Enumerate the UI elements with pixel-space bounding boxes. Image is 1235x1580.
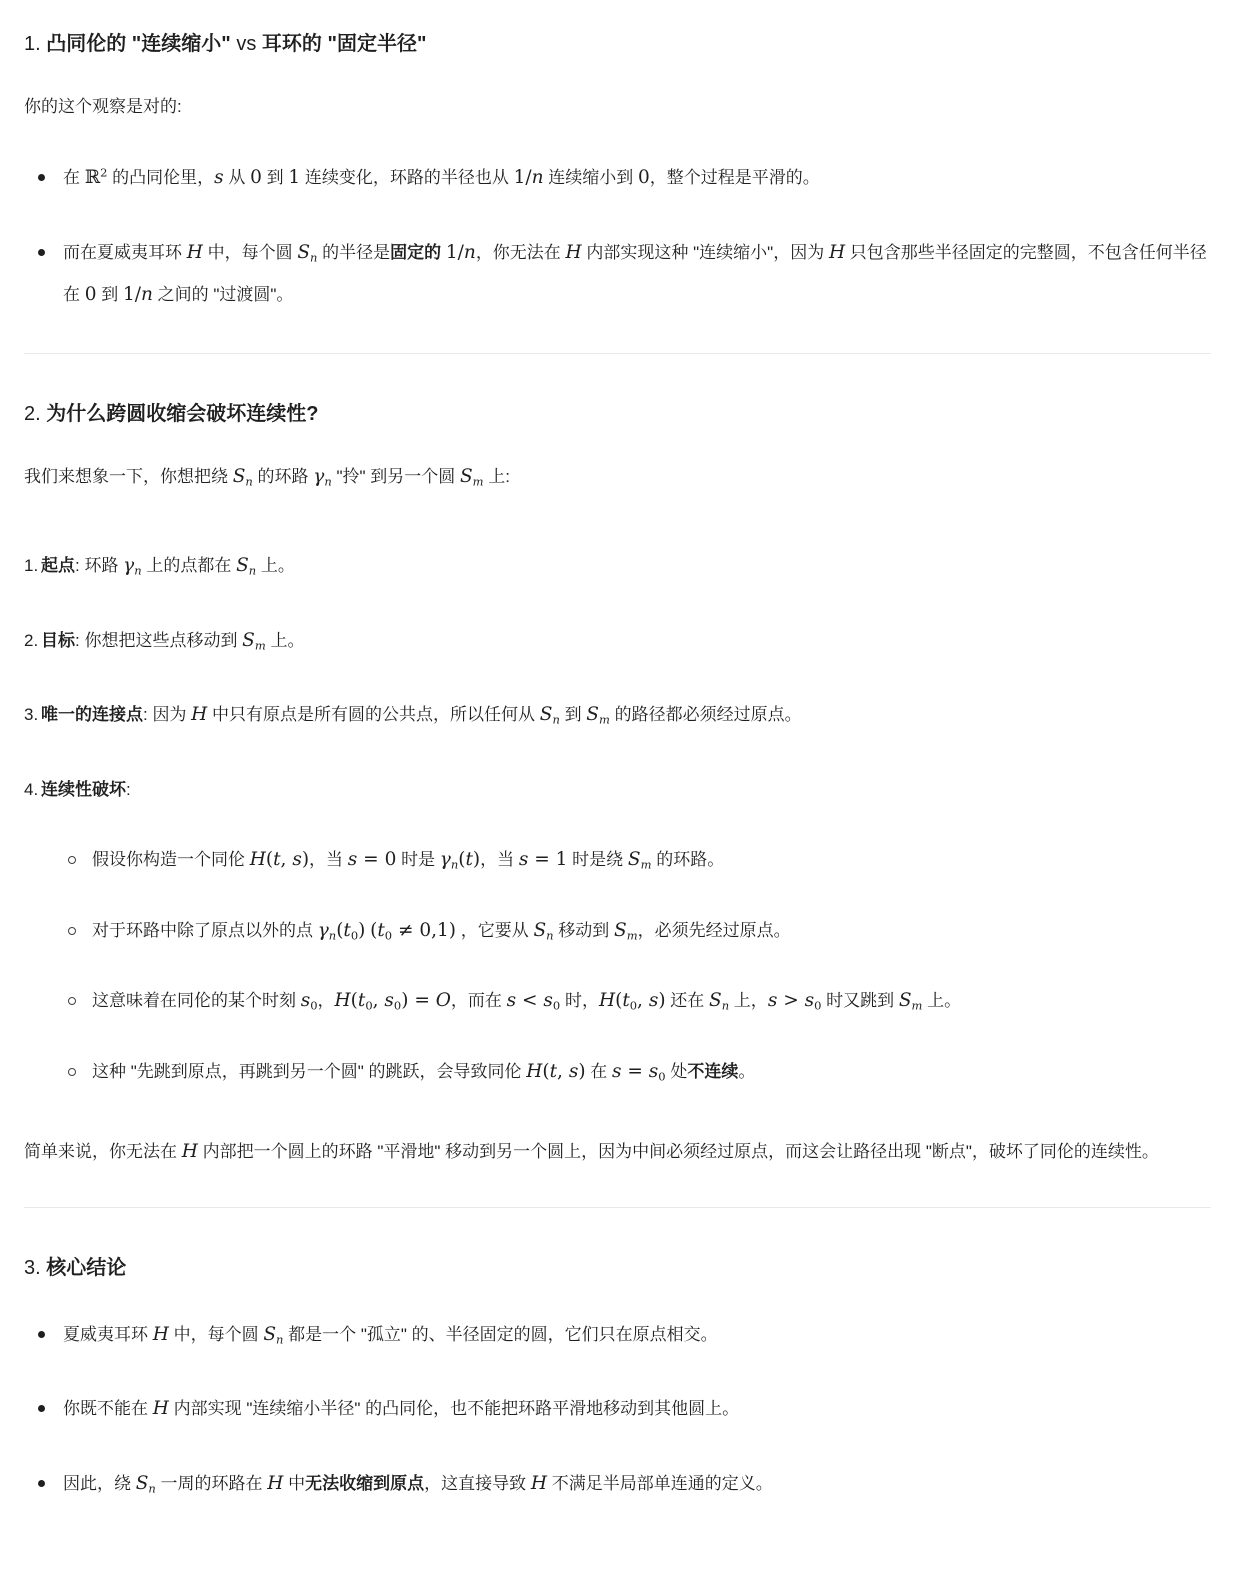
text-run: 还在 (666, 991, 709, 1010)
math-script: 0 (365, 999, 372, 1013)
math-inline: Sm (899, 990, 923, 1011)
section-heading: 3. 核心结论 (24, 1254, 1211, 1282)
section-heading: 2. 为什么跨圆收缩会破坏连续性? (24, 400, 1211, 428)
math-char: S (540, 704, 553, 725)
math-script: m (627, 928, 638, 942)
math-script: 0 (658, 1069, 665, 1083)
math-char: = (627, 1061, 643, 1082)
math-char: > (783, 990, 799, 1011)
text-run: 上。 (256, 556, 295, 575)
math-script: m (255, 638, 266, 652)
math-char: S (242, 630, 255, 651)
math-script: n (324, 474, 331, 488)
math-char: 0 (385, 849, 397, 870)
math-char: S (297, 242, 310, 263)
math-script: n (546, 928, 553, 942)
text-run: 不满足半局部单连通的定义。 (547, 1474, 773, 1493)
math-char: H (599, 990, 615, 1011)
math-inline: H(t0, s0) = O (335, 990, 451, 1011)
bullet-dot-icon (38, 1331, 45, 1338)
math-char: H (526, 1061, 542, 1082)
math-char: O (436, 990, 451, 1011)
math-inline: H (153, 1398, 169, 1419)
math-char: 1 (288, 167, 300, 188)
text-run: 到 (97, 285, 123, 304)
numbered-list: 1.起点: 环路 γn 上的点都在 Sn 上。2.目标: 你想把这些点移动到 S… (24, 545, 1211, 1093)
bullet-list: 在 ℝ2 的凸同伦里，s 从 0 到 1 连续变化，环路的半径也从 1/n 连续… (24, 157, 1211, 317)
math-inline: s (214, 167, 224, 188)
math-char: s (649, 990, 659, 1011)
math-char: 0 (638, 167, 650, 188)
text-run: 上。 (266, 631, 305, 650)
circle-bullet-icon (68, 997, 76, 1005)
math-char: t (622, 990, 629, 1011)
math-char: ( (351, 990, 358, 1011)
math-char: s (569, 1061, 579, 1082)
bullet-dot-icon (38, 1480, 45, 1487)
text-run: 中 (283, 1474, 305, 1493)
text-run: 夏威夷耳环 (63, 1325, 153, 1344)
math-char: t (377, 920, 384, 941)
math-inline: Sn (136, 1473, 156, 1494)
numbered-list-item: 2.目标: 你想把这些点移动到 Sm 上。 (24, 620, 1211, 663)
math-inline: s = s0 (612, 1061, 666, 1082)
math-char: < (522, 990, 538, 1011)
math-char: S (709, 990, 722, 1011)
math-char: ) (302, 849, 309, 870)
math-inline: H(t, s) (250, 849, 309, 870)
math-char: s (543, 990, 553, 1011)
text-run: 从 (224, 168, 250, 187)
list-number: 3. (24, 694, 38, 737)
text-run: 移动到 (554, 921, 614, 940)
text-run: ，当 (309, 850, 348, 869)
math-char: H (250, 849, 266, 870)
math-inline: Sn (533, 920, 553, 941)
math-char: = (363, 849, 379, 870)
math-inline: γn (313, 466, 331, 487)
math-inline: H (267, 1473, 283, 1494)
text-run: 因此，绕 (63, 1474, 136, 1493)
math-char: s (805, 990, 815, 1011)
math-char: s (649, 1061, 659, 1082)
text-run: 上的点都在 (142, 556, 236, 575)
math-char: ) (449, 920, 456, 941)
numbered-list-item: 1.起点: 环路 γn 上的点都在 Sn 上。 (24, 545, 1211, 588)
math-inline: H(t0, s) (599, 990, 666, 1011)
text-run: 的凸同伦里， (107, 168, 214, 187)
text-run: "拎" 到另一个圆 (332, 467, 460, 486)
text-run: ，你无法在 (476, 243, 566, 262)
text-run: 中只有原点是所有圆的公共点，所以任何从 (207, 705, 539, 724)
numbered-list-item: 4.连续性破坏:假设你构造一个同伦 H(t, s)，当 s = 0 时是 γn(… (24, 769, 1211, 1094)
math-char: s (612, 1061, 622, 1082)
math-char: t (343, 920, 350, 941)
circle-bullet-icon (68, 856, 76, 864)
sub-list-item: 这意味着在同伦的某个时刻 s0，H(t0, s0) = O，而在 s < s0 … (41, 980, 1211, 1023)
circle-bullet-icon (68, 1068, 76, 1076)
text-run: ，而在 (451, 991, 507, 1010)
math-char: γ (440, 849, 451, 870)
math-inline: (t0 ≠ 0,1) (370, 920, 456, 941)
math-inline: 0 (638, 167, 650, 188)
math-inline: s < s0 (507, 990, 561, 1011)
math-char: S (533, 920, 546, 941)
math-char: S (136, 1473, 149, 1494)
list-item: 夏威夷耳环 H 中，每个圆 Sn 都是一个 "孤立" 的、半径固定的圆，它们只在… (24, 1314, 1211, 1357)
text-run: 时是绕 (567, 850, 627, 869)
text-run: 上， (729, 991, 768, 1010)
text-run: 都是一个 "孤立" 的、半径固定的圆，它们只在原点相交。 (283, 1325, 717, 1344)
math-script: n (552, 713, 559, 727)
section-divider (24, 353, 1211, 354)
math-char: s (348, 849, 358, 870)
math-char: H (153, 1324, 169, 1345)
math-script: 0 (630, 999, 637, 1013)
math-inline: γn (123, 555, 141, 576)
math-inline: Sm (586, 704, 610, 725)
paragraph: 你的这个观察是对的: (24, 88, 1211, 125)
text-run: 时， (560, 991, 599, 1010)
text-run: 的环路。 (651, 850, 724, 869)
math-script: n (148, 1481, 155, 1495)
math-char: H (531, 1473, 547, 1494)
math-inline: Sn (297, 242, 317, 263)
math-inline: Sn (540, 704, 560, 725)
math-script: m (473, 474, 484, 488)
text-run: ，这直接导致 (424, 1474, 531, 1493)
text-run: 对于环路中除了原点以外的点 (92, 921, 318, 940)
math-script: m (599, 713, 610, 727)
math-char: s (301, 990, 311, 1011)
math-char: s (519, 849, 529, 870)
math-char: ℝ (85, 167, 100, 188)
text-run: ，当 (480, 850, 519, 869)
text-run: 处 (666, 1062, 688, 1081)
bullet-dot-icon (38, 249, 45, 256)
math-char: = (414, 990, 430, 1011)
math-inline: 1/n (123, 284, 153, 305)
bullet-list: 夏威夷耳环 H 中，每个圆 Sn 都是一个 "孤立" 的、半径固定的圆，它们只在… (24, 1314, 1211, 1506)
math-char: γ (318, 920, 329, 941)
text-run: ，它要从 (456, 921, 533, 940)
math-char: H (153, 1398, 169, 1419)
text-run: 的环路 (253, 467, 313, 486)
math-char: 1 (446, 242, 458, 263)
list-item: 因此，绕 Sn 一周的环路在 H 中无法收缩到原点，这直接导致 H 不满足半局部… (24, 1463, 1211, 1506)
bold-text: 起点 (41, 556, 75, 575)
text-run: 中，每个圆 (169, 1325, 263, 1344)
text-run: : 环路 (75, 556, 123, 575)
circle-bullet-icon (68, 927, 76, 935)
bullet-dot-icon (38, 1405, 45, 1412)
bold-text: 为什么跨圆收缩会破坏连续性? (46, 403, 318, 425)
math-inline: Sm (614, 920, 638, 941)
math-char: ( (266, 849, 273, 870)
math-char: ) (658, 990, 665, 1011)
document-content: 1. 凸同伦的 "连续缩小" vs 耳环的 "固定半径"你的这个观察是对的:在 … (24, 30, 1211, 1505)
sub-list-item: 这种 "先跳到原点，再跳到另一个圆" 的跳跃，会导致同伦 H(t, s) 在 s… (41, 1051, 1211, 1094)
list-item: 你既不能在 H 内部实现 "连续缩小半径" 的凸同伦，也不能把环路平滑地移动到其… (24, 1388, 1211, 1431)
math-script: 0 (385, 928, 392, 942)
text-run: 上。 (922, 991, 961, 1010)
math-inline: H (531, 1473, 547, 1494)
sub-list-item: 假设你构造一个同伦 H(t, s)，当 s = 0 时是 γn(t)，当 s =… (41, 839, 1211, 882)
math-char: n (141, 284, 153, 305)
math-char: γ (313, 466, 324, 487)
text-run: 2. (24, 403, 46, 425)
math-inline: s = 0 (348, 849, 397, 870)
math-char: S (586, 704, 599, 725)
math-char: S (614, 920, 627, 941)
text-run: 之间的 "过渡圆"。 (153, 285, 294, 304)
text-run: 的半径是 (317, 243, 390, 262)
text-run: 这意味着在同伦的某个时刻 (92, 991, 301, 1010)
list-number: 1. (24, 545, 38, 588)
math-inline: 1 (288, 167, 300, 188)
math-char: H (187, 242, 203, 263)
bold-text: 连续性破坏 (41, 780, 126, 799)
math-inline: s > s0 (768, 990, 822, 1011)
math-char: s (214, 167, 224, 188)
text-run: vs (231, 33, 262, 55)
math-char: ≠ (398, 920, 414, 941)
math-inline: Sm (242, 630, 266, 651)
math-char: S (236, 555, 249, 576)
math-char: S (628, 849, 641, 870)
math-script: m (912, 999, 923, 1013)
math-inline: H (829, 242, 845, 263)
text-run: 假设你构造一个同伦 (92, 850, 250, 869)
bold-text: 核心结论 (46, 1257, 126, 1279)
math-inline: H (153, 1324, 169, 1345)
text-run: 内部实现这种 "连续缩小"，因为 (582, 243, 829, 262)
text-run: 这种 "先跳到原点，再跳到另一个圆" 的跳跃，会导致同伦 (92, 1062, 526, 1081)
math-char: H (267, 1473, 283, 1494)
text-run: ，必须先经过原点。 (638, 921, 791, 940)
math-char: 0 (85, 284, 97, 305)
text-run: 一周的环路在 (156, 1474, 267, 1493)
bold-text: 耳环的 "固定半径" (262, 33, 427, 55)
math-inline: Sn (233, 466, 253, 487)
math-char: 0 (419, 920, 431, 941)
math-inline: s = 1 (519, 849, 568, 870)
numbered-list-item: 3.唯一的连接点: 因为 H 中只有原点是所有圆的公共点，所以任何从 Sn 到 … (24, 694, 1211, 737)
list-number: 4. (24, 769, 38, 812)
text-run: ， (318, 991, 335, 1010)
math-char: S (263, 1324, 276, 1345)
math-char: t (273, 849, 280, 870)
text-run: 连续变化，环路的半径也从 (300, 168, 513, 187)
math-char: γ (123, 555, 134, 576)
math-char: 0 (250, 167, 262, 188)
text-run: : (126, 780, 131, 799)
math-script: n (722, 999, 729, 1013)
text-run: 3. (24, 1257, 46, 1279)
text-run: 时又跳到 (821, 991, 898, 1010)
bold-text: 凸同伦的 "连续缩小" (46, 33, 231, 55)
math-script: 0 (310, 999, 317, 1013)
math-char: H (829, 242, 845, 263)
math-char: t (550, 1061, 557, 1082)
math-char: 1 (123, 284, 135, 305)
math-char: s (384, 990, 394, 1011)
math-char: s (768, 990, 778, 1011)
sub-list-item: 对于环路中除了原点以外的点 γn(t0) (t0 ≠ 0,1) ，它要从 Sn … (41, 910, 1211, 953)
paragraph: 我们来想象一下，你想把绕 Sn 的环路 γn "拎" 到另一个圆 Sm 上: (24, 458, 1211, 495)
math-char: = (534, 849, 550, 870)
math-inline: H(t, s) (526, 1061, 585, 1082)
text-run: 在 (586, 1062, 612, 1081)
math-inline: H (566, 242, 582, 263)
section-heading: 1. 凸同伦的 "连续缩小" vs 耳环的 "固定半径" (24, 30, 1211, 58)
math-char: S (899, 990, 912, 1011)
math-inline: 0 (250, 167, 262, 188)
math-inline: 1/n (446, 242, 476, 263)
bold-text: 目标 (41, 631, 75, 650)
paragraph: 简单来说，你无法在 H 内部把一个圆上的环路 "平滑地" 移动到另一个圆上，因为… (24, 1133, 1211, 1170)
math-inline: γn(t0) (318, 920, 366, 941)
list-number: 2. (24, 620, 38, 663)
document-page: 1. 凸同伦的 "连续缩小" vs 耳环的 "固定半径"你的这个观察是对的:在 … (0, 0, 1235, 1580)
math-char: H (335, 990, 351, 1011)
list-item: 而在夏威夷耳环 H 中，每个圆 Sn 的半径是固定的 1/n，你无法在 H 内部… (24, 232, 1211, 317)
bold-text: 唯一的连接点 (41, 705, 143, 724)
math-inline: s0 (301, 990, 318, 1011)
text-run: 简单来说，你无法在 (24, 1142, 182, 1161)
math-char: ( (542, 1061, 549, 1082)
math-inline: Sm (460, 466, 484, 487)
text-run: 在 (63, 168, 85, 187)
bold-text: 不连续 (687, 1062, 738, 1081)
math-script: n (134, 564, 141, 578)
bold-text: 无法收缩到原点 (305, 1474, 424, 1493)
math-script: n (245, 474, 252, 488)
bold-text: 固定的 (390, 243, 441, 262)
text-run: 1. (24, 33, 46, 55)
math-inline: Sn (263, 1324, 283, 1345)
math-inline: γn(t) (440, 849, 480, 870)
math-inline: Sn (236, 555, 256, 576)
text-run: ，整个过程是平滑的。 (650, 168, 820, 187)
math-inline: H (187, 242, 203, 263)
text-run: 时是 (396, 850, 439, 869)
math-char: H (182, 1141, 198, 1162)
math-char: n (464, 242, 476, 263)
list-item: 在 ℝ2 的凸同伦里，s 从 0 到 1 连续变化，环路的半径也从 1/n 连续… (24, 157, 1211, 200)
text-run: 内部实现 "连续缩小半径" 的凸同伦，也不能把环路平滑地移动到其他圆上。 (169, 1399, 739, 1418)
text-run: 到 (560, 705, 586, 724)
math-char: S (460, 466, 473, 487)
text-run: 而在夏威夷耳环 (63, 243, 187, 262)
math-char: H (566, 242, 582, 263)
math-char: s (507, 990, 517, 1011)
math-script: m (641, 858, 652, 872)
text-run: 到 (262, 168, 288, 187)
math-inline: Sm (628, 849, 652, 870)
math-inline: H (191, 704, 207, 725)
math-inline: ℝ2 (85, 167, 108, 188)
text-run: 我们来想象一下，你想把绕 (24, 467, 233, 486)
math-char: S (233, 466, 246, 487)
math-char: t (465, 849, 472, 870)
math-char: 1 (437, 920, 449, 941)
math-inline: 1/n (514, 167, 544, 188)
text-run: 上: (484, 467, 510, 486)
math-char: 1 (514, 167, 526, 188)
math-char: , (373, 990, 379, 1011)
bullet-dot-icon (38, 174, 45, 181)
math-inline: H (182, 1141, 198, 1162)
text-run: 你既不能在 (63, 1399, 153, 1418)
math-char: 1 (556, 849, 568, 870)
text-run: 。 (738, 1062, 755, 1081)
text-run: 的路径都必须经过原点。 (610, 705, 802, 724)
math-char: ) (578, 1061, 585, 1082)
section-divider (24, 1207, 1211, 1208)
math-inline: 0 (85, 284, 97, 305)
text-run: 你的这个观察是对的: (24, 97, 182, 116)
math-char: n (532, 167, 544, 188)
math-inline: Sn (709, 990, 729, 1011)
math-char: H (191, 704, 207, 725)
text-run: 内部把一个圆上的环路 "平滑地" 移动到另一个圆上，因为中间必须经过原点，而这会… (198, 1142, 1159, 1161)
text-run: : 你想把这些点移动到 (75, 631, 242, 650)
text-run: 连续缩小到 (544, 168, 638, 187)
text-run: : 因为 (143, 705, 191, 724)
circle-sub-list: 假设你构造一个同伦 H(t, s)，当 s = 0 时是 γn(t)，当 s =… (41, 839, 1211, 1093)
math-char: s (292, 849, 302, 870)
text-run: 中，每个圆 (203, 243, 297, 262)
